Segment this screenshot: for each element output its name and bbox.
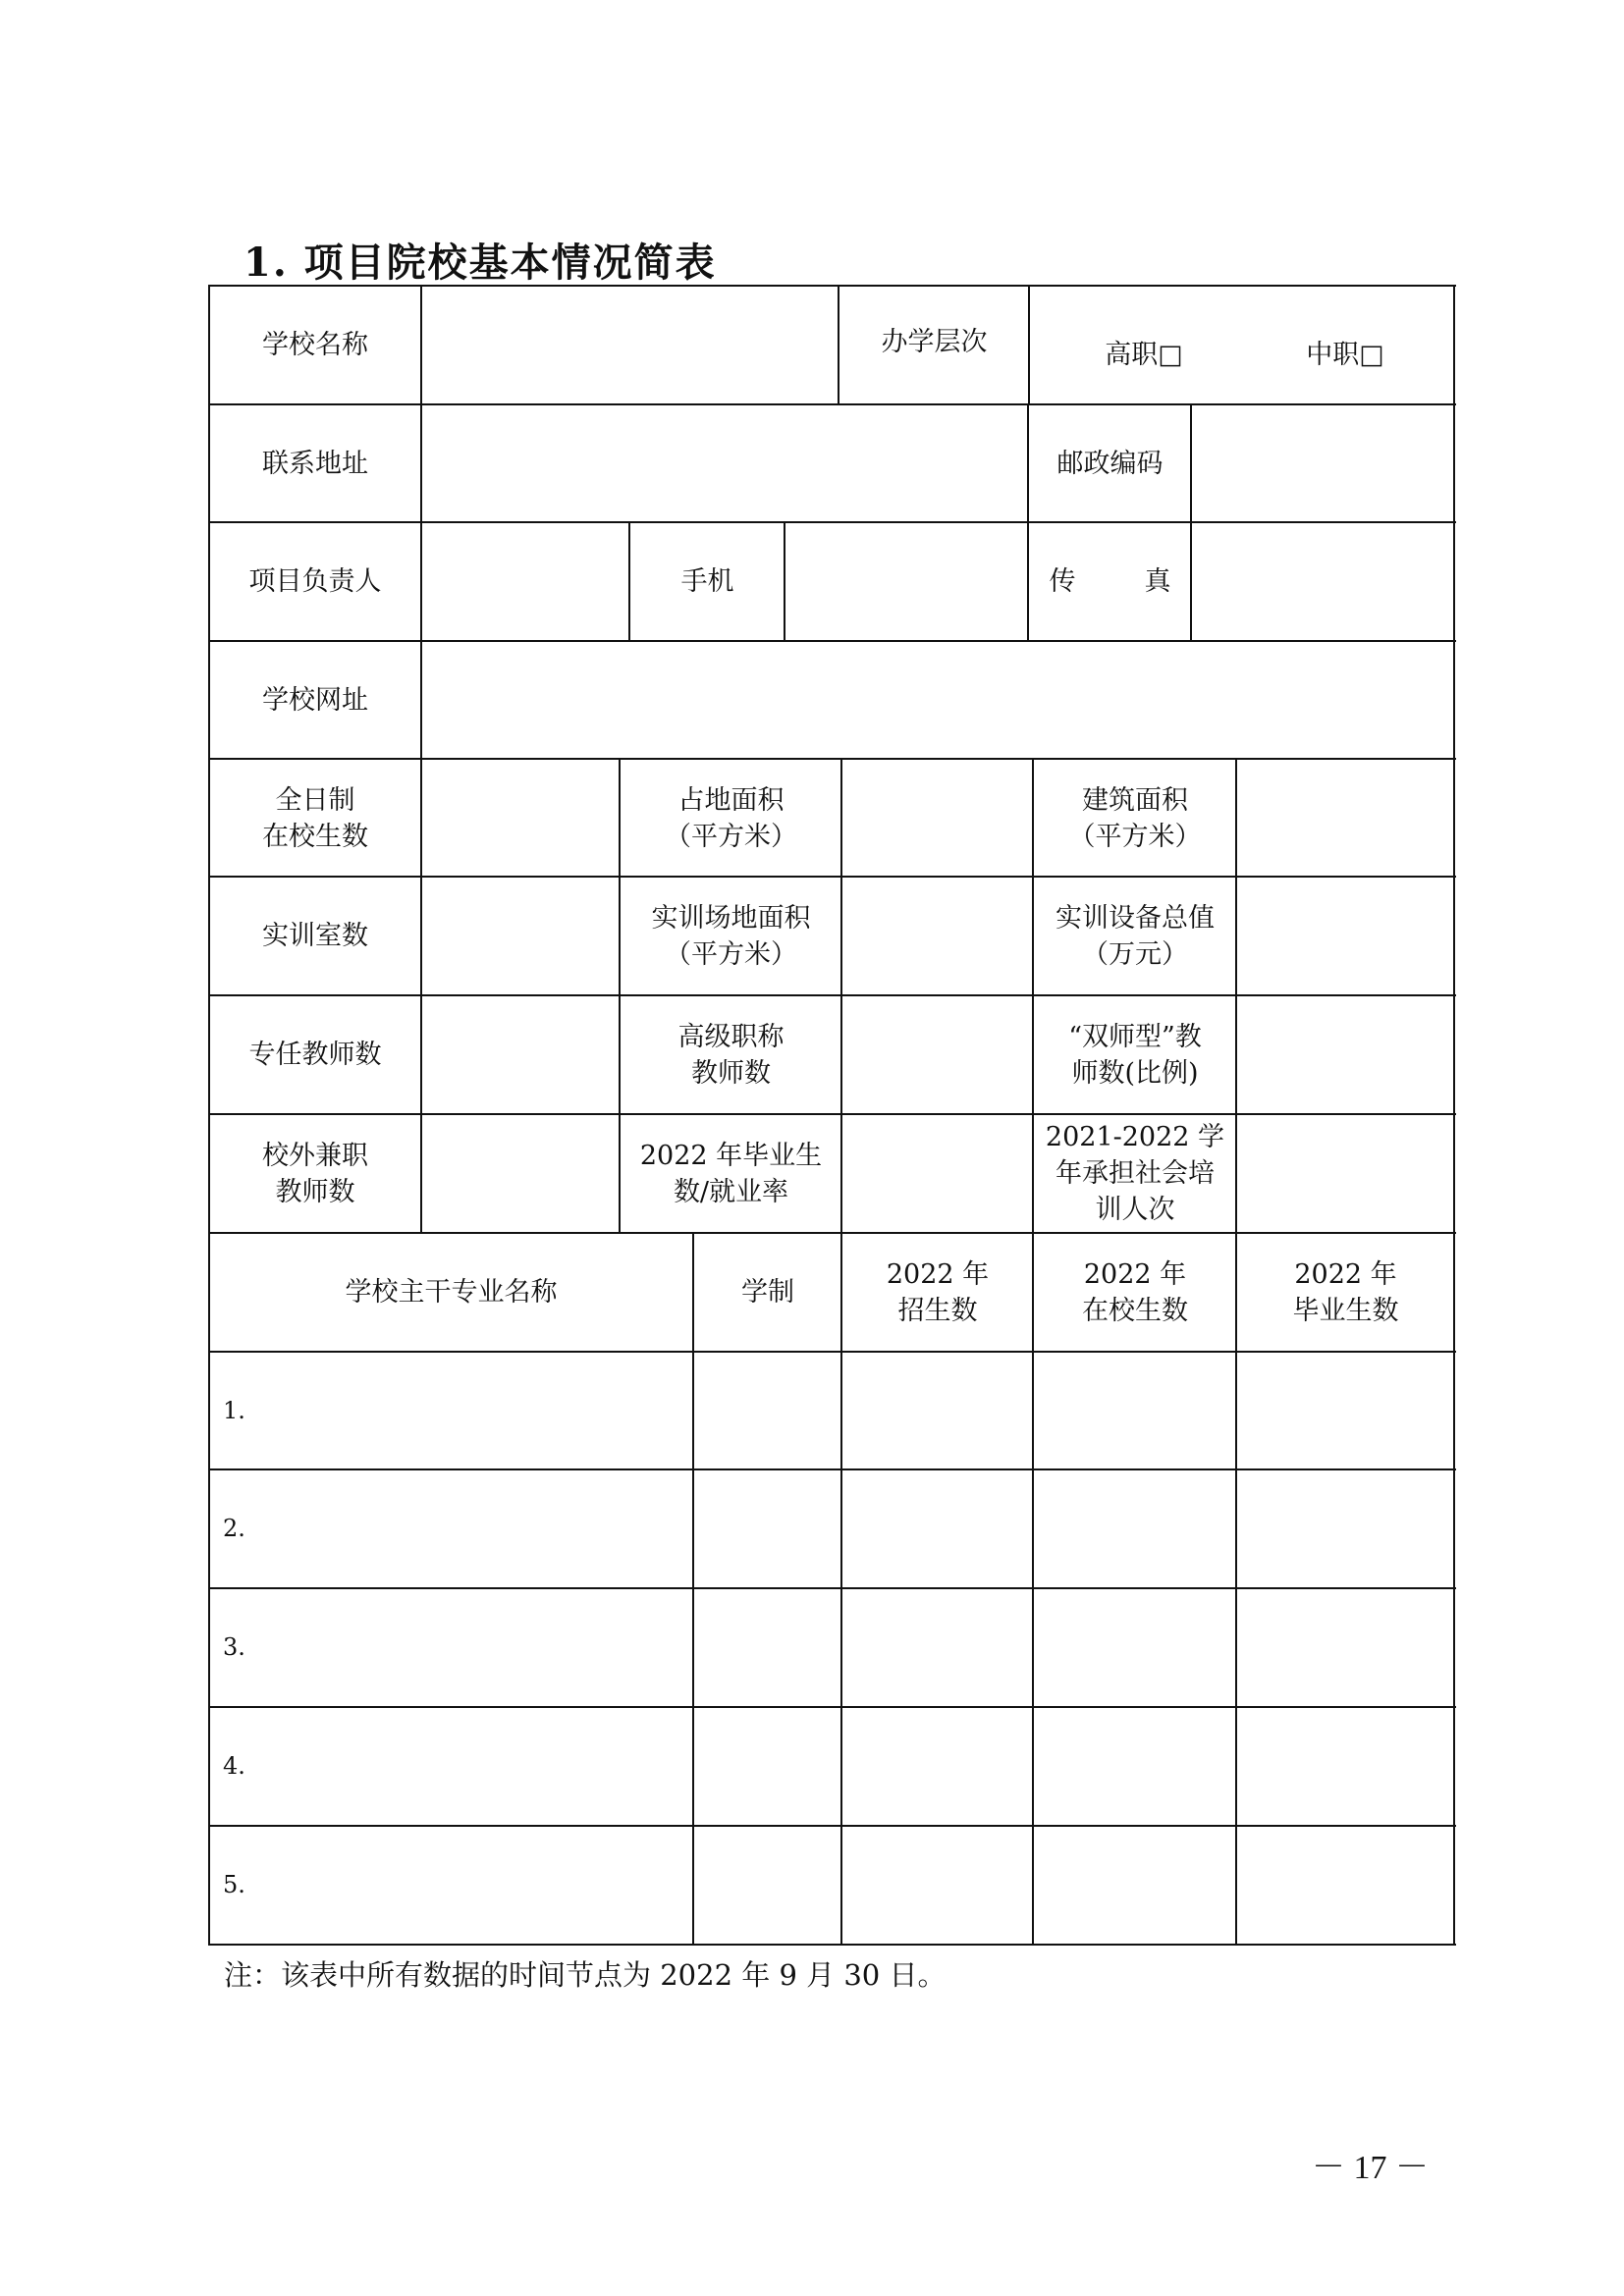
- major-data-field[interactable]: [842, 1588, 1033, 1707]
- header-enrollment-2022: 2022 年 招生数: [842, 1233, 1033, 1352]
- major-data-field[interactable]: [694, 1826, 841, 1945]
- major-data-field[interactable]: [842, 1707, 1033, 1826]
- page-number: － 17 －: [1312, 2140, 1429, 2188]
- major-data-field[interactable]: [1034, 1707, 1236, 1826]
- major-name-field[interactable]: 2.: [209, 1469, 693, 1588]
- major-data-field[interactable]: [694, 1352, 841, 1470]
- stat-value-field[interactable]: [422, 759, 620, 878]
- stat-label: “双师型”教 师数(比例): [1034, 995, 1236, 1114]
- stat-label: 2021-2022 学 年承担社会培 训人次: [1034, 1114, 1236, 1233]
- fax-field[interactable]: [1192, 522, 1454, 641]
- stat-label: 建筑面积 （平方米）: [1034, 759, 1236, 878]
- major-data-field[interactable]: [1034, 1588, 1236, 1707]
- stat-label: 占地面积 （平方米）: [621, 759, 841, 878]
- address-label: 联系地址: [209, 404, 421, 523]
- page-title: 1. 项目院校基本情况简表: [244, 232, 717, 288]
- website-field[interactable]: [422, 641, 1454, 760]
- project-leader-label: 项目负责人: [209, 522, 421, 641]
- header-enrolled-2022: 2022 年 在校生数: [1034, 1233, 1236, 1352]
- major-name-field[interactable]: 5.: [209, 1826, 693, 1945]
- major-data-field[interactable]: [694, 1707, 841, 1826]
- table-note: 注：该表中所有数据的时间节点为 2022 年 9 月 30 日。: [224, 1953, 946, 1994]
- school-name-label: 学校名称: [209, 286, 421, 404]
- mobile-label: 手机: [630, 522, 785, 641]
- stat-label: 实训场地面积 （平方米）: [621, 877, 841, 995]
- major-data-field[interactable]: [694, 1469, 841, 1588]
- major-data-field[interactable]: [1034, 1469, 1236, 1588]
- major-data-field[interactable]: [842, 1469, 1033, 1588]
- header-major-name: 学校主干专业名称: [209, 1233, 693, 1352]
- major-index: 4.: [223, 1748, 245, 1785]
- major-data-field[interactable]: [1034, 1826, 1236, 1945]
- major-data-field[interactable]: [1237, 1469, 1454, 1588]
- postcode-label: 邮政编码: [1029, 404, 1191, 523]
- stat-label: 专任教师数: [209, 995, 421, 1114]
- major-data-field[interactable]: [1237, 1352, 1454, 1470]
- major-name-field[interactable]: 3.: [209, 1588, 693, 1707]
- school-name-field[interactable]: [422, 286, 839, 404]
- major-data-field[interactable]: [1034, 1352, 1236, 1470]
- stat-label: 2022 年毕业生 数/就业率: [621, 1114, 841, 1233]
- major-data-field[interactable]: [1237, 1826, 1454, 1945]
- major-index: 3.: [223, 1629, 245, 1666]
- option-higher-vocational-checkbox[interactable]: 高职□: [1070, 295, 1218, 414]
- stat-label: 全日制 在校生数: [209, 759, 421, 878]
- project-leader-field[interactable]: [422, 522, 629, 641]
- stat-label: 实训设备总值 （万元）: [1034, 877, 1236, 995]
- stat-value-field[interactable]: [422, 995, 620, 1114]
- fax-label-part1: 传: [1050, 563, 1076, 600]
- stat-value-field[interactable]: [1237, 877, 1454, 995]
- major-data-field[interactable]: [1237, 1588, 1454, 1707]
- mobile-field[interactable]: [785, 522, 1028, 641]
- stat-value-field[interactable]: [842, 877, 1033, 995]
- stat-label: 校外兼职 教师数: [209, 1114, 421, 1233]
- stat-label: 实训室数: [209, 877, 421, 995]
- major-name-field[interactable]: 1.: [209, 1352, 693, 1470]
- major-data-field[interactable]: [842, 1826, 1033, 1945]
- header-duration: 学制: [694, 1233, 841, 1352]
- major-index: 1.: [223, 1393, 245, 1429]
- education-level-label: 办学层次: [839, 286, 1029, 399]
- stat-value-field[interactable]: [1237, 759, 1454, 878]
- major-index: 5.: [223, 1867, 245, 1903]
- stat-value-field[interactable]: [842, 995, 1033, 1114]
- fax-label-part2: 真: [1145, 563, 1171, 600]
- stat-value-field[interactable]: [1237, 995, 1454, 1114]
- major-data-field[interactable]: [694, 1588, 841, 1707]
- major-name-field[interactable]: 4.: [209, 1707, 693, 1826]
- website-label: 学校网址: [209, 641, 421, 760]
- header-graduates-2022: 2022 年 毕业生数: [1237, 1233, 1454, 1352]
- stat-value-field[interactable]: [1237, 1114, 1454, 1233]
- stat-value-field[interactable]: [422, 1114, 620, 1233]
- stat-value-field[interactable]: [422, 877, 620, 995]
- stat-value-field[interactable]: [842, 759, 1033, 878]
- stat-value-field[interactable]: [842, 1114, 1033, 1233]
- option-secondary-vocational-checkbox[interactable]: 中职□: [1272, 295, 1419, 414]
- major-data-field[interactable]: [842, 1352, 1033, 1470]
- fax-label: 传真: [1029, 522, 1191, 641]
- major-index: 2.: [223, 1511, 245, 1547]
- postcode-field[interactable]: [1192, 404, 1454, 523]
- address-field[interactable]: [422, 404, 1027, 523]
- stat-label: 高级职称 教师数: [621, 995, 841, 1114]
- major-data-field[interactable]: [1237, 1707, 1454, 1826]
